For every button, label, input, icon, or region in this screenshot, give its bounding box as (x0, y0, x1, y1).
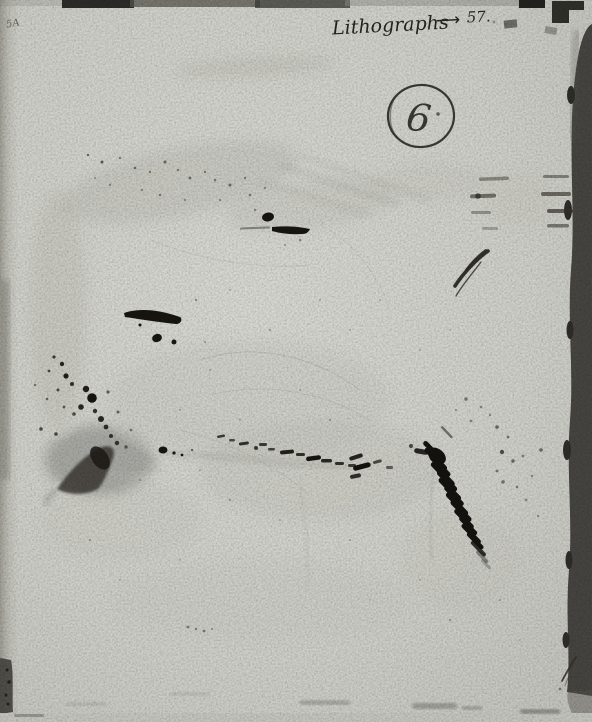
photograph: Lithographs ⟶ 57. 5A 6 (0, 0, 592, 722)
grain-texture (0, 0, 592, 722)
